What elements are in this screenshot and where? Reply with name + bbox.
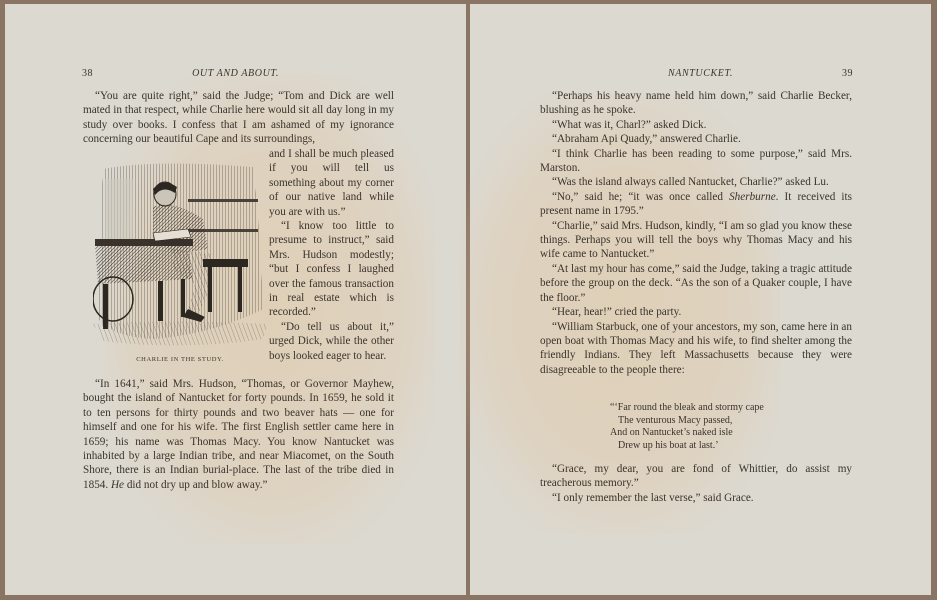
- poem-quotation: “‘Far round the bleak and stormy cape Th…: [610, 402, 764, 452]
- running-head: 38 OUT AND ABOUT.: [5, 68, 466, 82]
- dialogue-text: “Perhaps his heavy name held him down,” …: [540, 89, 852, 377]
- mayhew-paragraph: “In 1641,” said Mrs. Hudson, “Thomas, or…: [83, 377, 394, 492]
- engraving-illustration: [93, 159, 268, 349]
- left-page: 38 OUT AND ABOUT. “You are quite right,”…: [5, 4, 466, 595]
- page-number: 39: [842, 68, 853, 79]
- closing-dialogue: “Grace, my dear, you are fond of Whittie…: [540, 462, 852, 505]
- running-head: NANTUCKET. 39: [470, 68, 931, 82]
- running-title: NANTUCKET.: [470, 68, 931, 79]
- opening-paragraph: “You are quite right,” said the Judge; “…: [83, 89, 394, 147]
- illustration-caption: CHARLIE IN THE STUDY.: [85, 356, 275, 363]
- side-column-text: and I shall be much pleased if you will …: [269, 147, 394, 363]
- running-title: OUT AND ABOUT.: [5, 68, 466, 79]
- right-page: NANTUCKET. 39 “Perhaps his heavy name he…: [470, 4, 931, 595]
